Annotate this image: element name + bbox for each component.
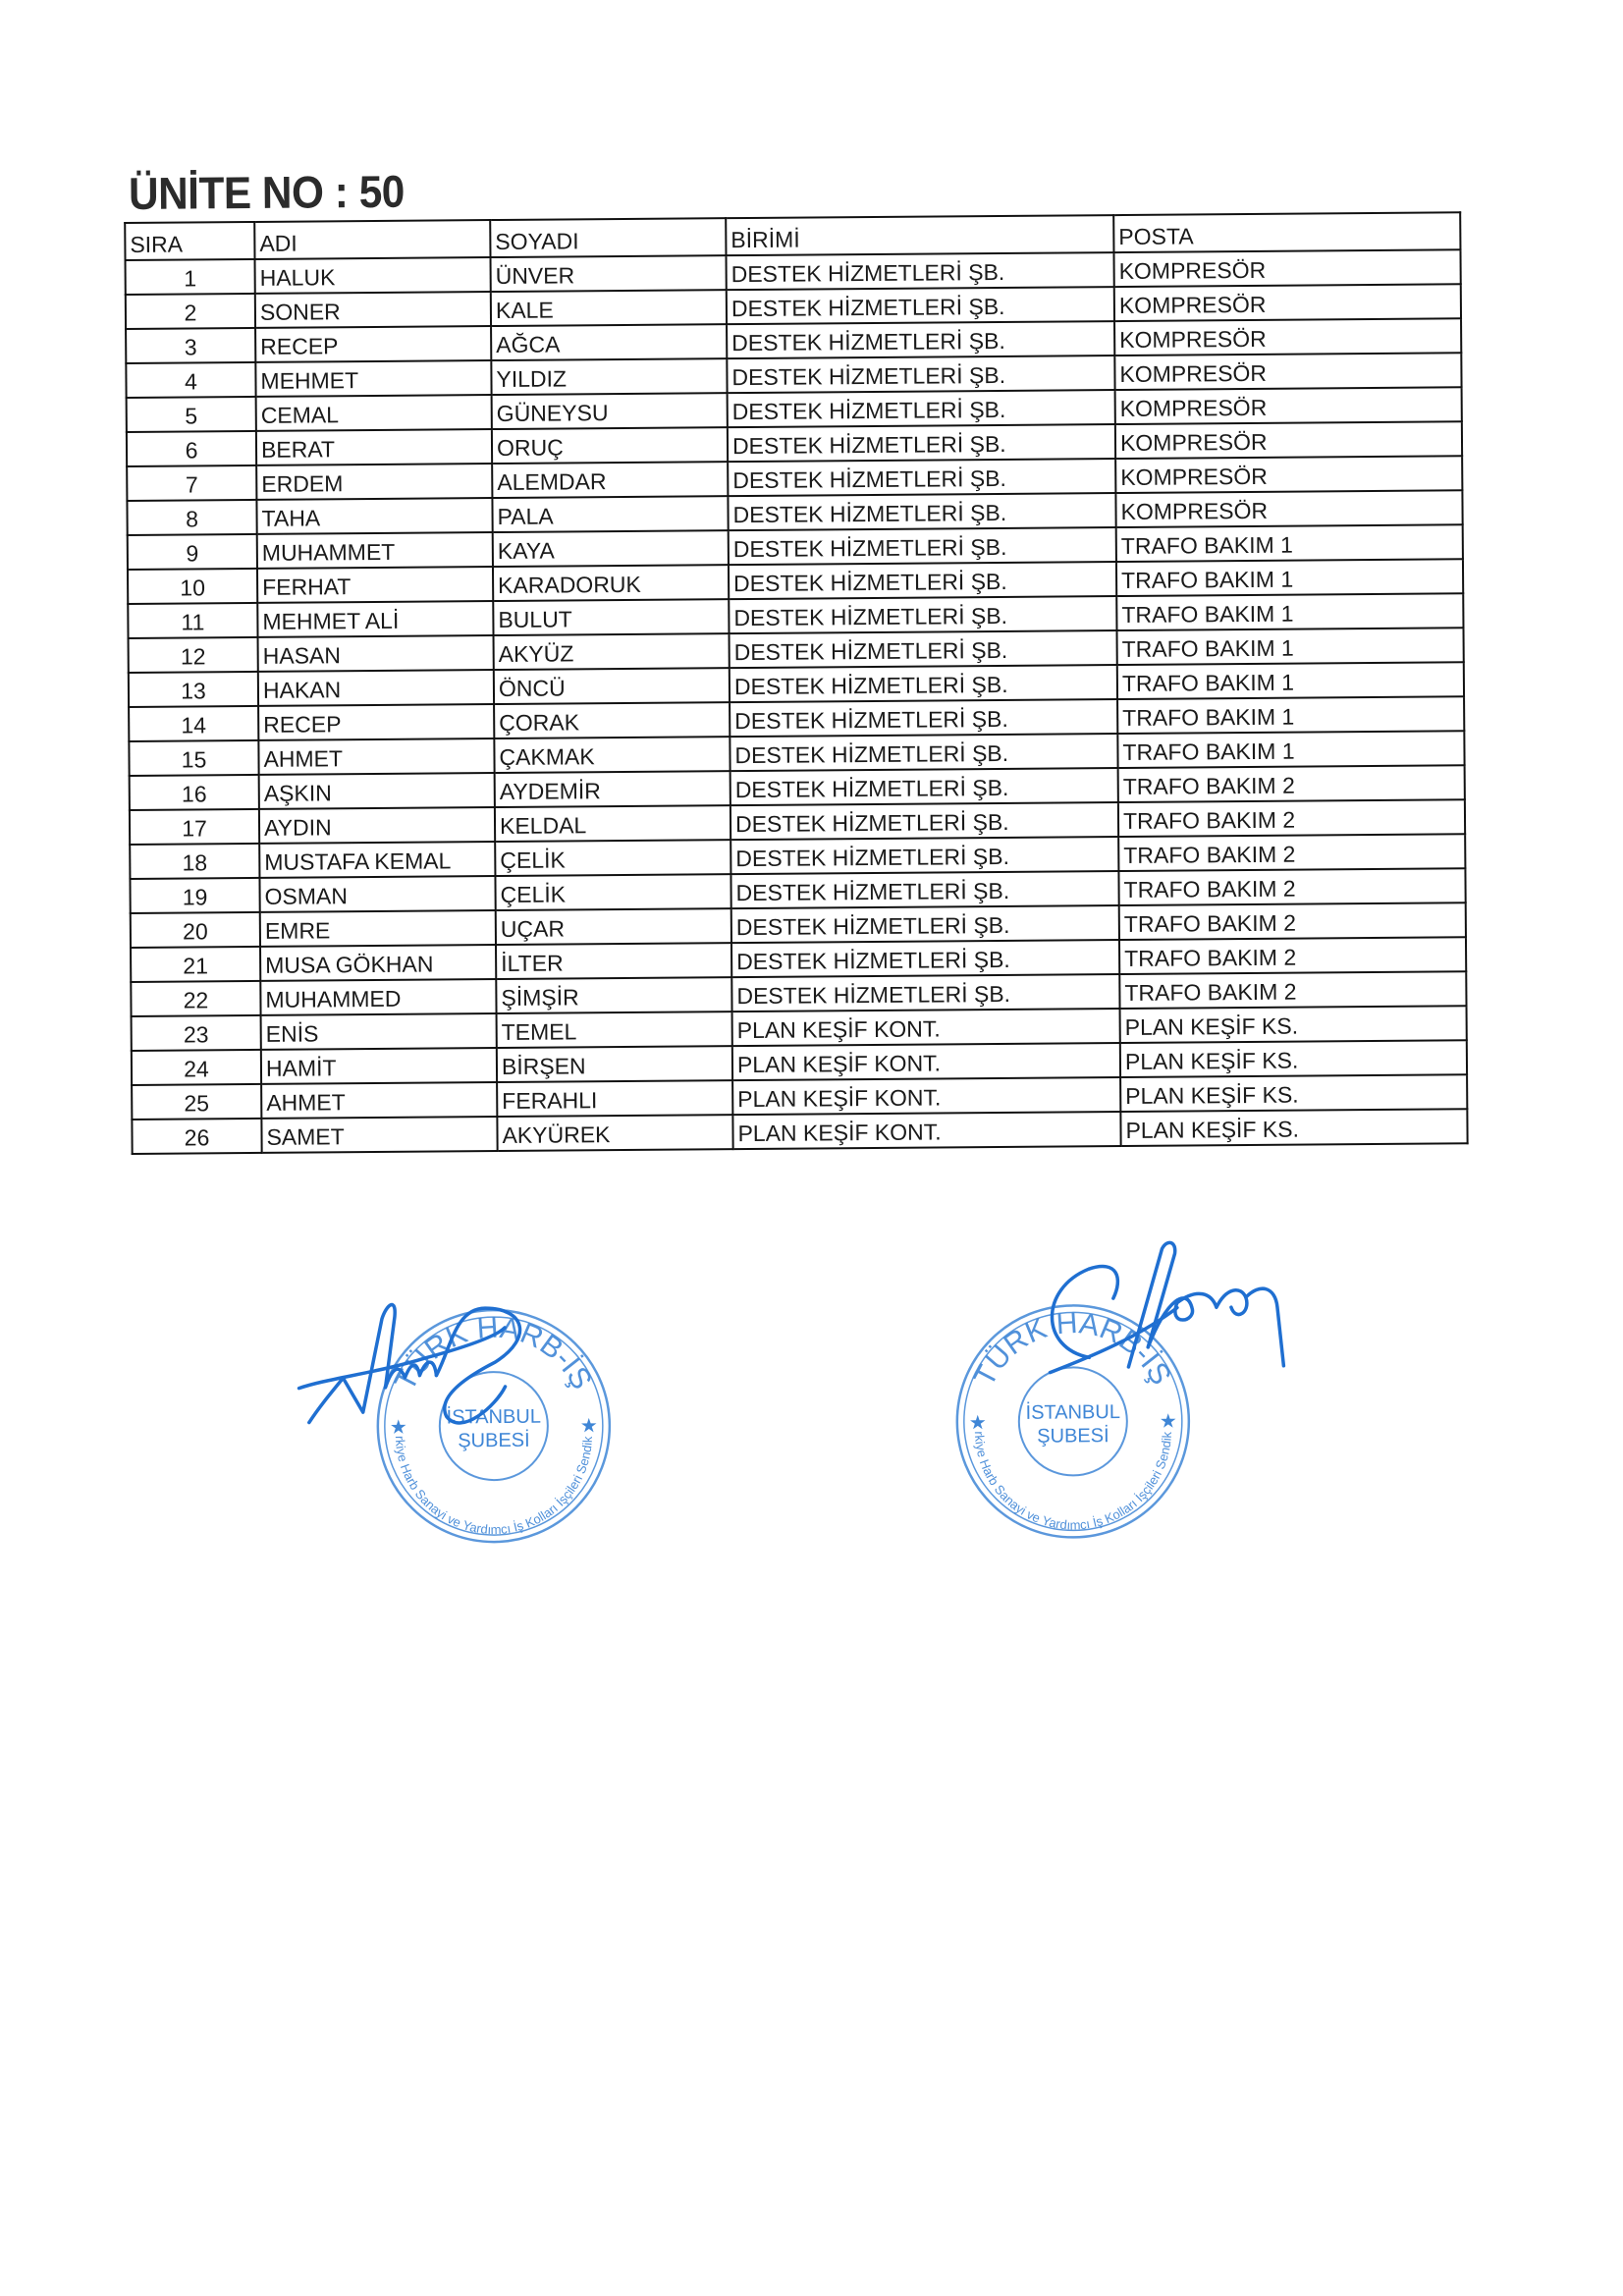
cell-last-name: İLTER (496, 943, 731, 979)
cell-department: DESTEK HİZMETLERİ ŞB. (730, 768, 1118, 805)
cell-row-number: 25 (132, 1084, 261, 1120)
cell-last-name: KARADORUK (493, 565, 729, 601)
cell-first-name: HASAN (258, 635, 494, 672)
cell-first-name: OSMAN (259, 876, 495, 912)
cell-last-name: BİRŞEN (497, 1046, 732, 1082)
cell-department: DESTEK HİZMETLERİ ŞB. (730, 699, 1117, 737)
cell-last-name: UÇAR (496, 908, 731, 945)
svg-text:★: ★ (580, 1415, 598, 1437)
cell-last-name: ÇELİK (495, 874, 730, 910)
svg-text:★: ★ (969, 1412, 987, 1434)
cell-last-name: ALEMDAR (492, 462, 728, 498)
cell-last-name: PALA (492, 496, 728, 532)
cell-first-name: AŞKIN (259, 773, 495, 809)
cell-department: DESTEK HİZMETLERİ ŞB. (731, 974, 1119, 1011)
cell-row-number: 1 (126, 259, 255, 295)
cell-first-name: MEHMET (255, 360, 491, 397)
cell-row-number: 22 (131, 981, 260, 1016)
cell-last-name: KAYA (493, 530, 729, 567)
cell-department: DESTEK HİZMETLERİ ŞB. (730, 802, 1118, 840)
cell-row-number: 16 (130, 775, 259, 810)
cell-last-name: KALE (491, 290, 727, 326)
cell-row-number: 26 (132, 1119, 261, 1154)
column-header-posta: POSTA (1113, 212, 1460, 252)
cell-post: KOMPRESÖR (1115, 387, 1462, 424)
cell-first-name: MEHMET ALİ (257, 601, 493, 637)
cell-last-name: FERAHLI (497, 1080, 732, 1117)
cell-department: DESTEK HİZMETLERİ ŞB. (729, 527, 1116, 565)
cell-department: DESTEK HİZMETLERİ ŞB. (730, 630, 1117, 668)
cell-row-number: 17 (130, 809, 259, 845)
cell-department: DESTEK HİZMETLERİ ŞB. (728, 390, 1115, 427)
cell-post: TRAFO BAKIM 2 (1118, 799, 1465, 837)
cell-post: KOMPRESÖR (1114, 318, 1461, 355)
cell-first-name: AHMET (258, 738, 494, 775)
cell-row-number: 3 (126, 328, 255, 363)
cell-first-name: SONER (255, 292, 491, 328)
cell-first-name: AYDIN (259, 807, 495, 844)
cell-post: TRAFO BAKIM 1 (1117, 628, 1464, 665)
cell-last-name: GÜNEYSU (492, 393, 728, 429)
cell-first-name: EMRE (260, 910, 496, 947)
cell-first-name: FERHAT (257, 567, 493, 603)
cell-post: TRAFO BAKIM 2 (1119, 971, 1466, 1009)
cell-last-name: TEMEL (497, 1011, 732, 1048)
cell-last-name: ÇAKMAK (494, 737, 730, 773)
cell-last-name: AKYÜZ (494, 633, 730, 670)
cell-first-name: MUSTAFA KEMAL (259, 842, 495, 878)
cell-post: TRAFO BAKIM 1 (1117, 696, 1464, 734)
cell-department: PLAN KEŞİF KONT. (732, 1112, 1120, 1149)
cell-last-name: YILDIZ (491, 358, 727, 395)
column-header-adi: ADI (254, 220, 490, 259)
cell-first-name: MUSA GÖKHAN (260, 945, 496, 981)
cell-last-name: ŞİMŞİR (496, 977, 731, 1013)
cell-department: DESTEK HİZMETLERİ ŞB. (727, 321, 1114, 358)
cell-first-name: CEMAL (256, 395, 492, 431)
cell-first-name: RECEP (255, 326, 491, 362)
column-header-sira: SIRA (125, 222, 254, 260)
cell-row-number: 9 (128, 534, 257, 570)
cell-row-number: 13 (129, 672, 258, 707)
cell-post: PLAN KEŞİF KS. (1120, 1006, 1467, 1043)
cell-first-name: HAMİT (261, 1048, 497, 1084)
signature-right (1029, 1229, 1305, 1407)
cell-last-name: AĞCA (491, 324, 727, 360)
cell-post: TRAFO BAKIM 1 (1116, 524, 1463, 562)
cell-first-name: MUHAMMED (260, 979, 496, 1015)
cell-row-number: 11 (128, 603, 257, 638)
cell-department: PLAN KEŞİF KONT. (732, 1077, 1120, 1115)
cell-first-name: RECEP (258, 704, 494, 740)
cell-first-name: SAMET (261, 1117, 497, 1153)
cell-row-number: 8 (127, 500, 256, 535)
cell-department: DESTEK HİZMETLERİ ŞB. (729, 596, 1116, 633)
cell-post: KOMPRESÖR (1114, 284, 1461, 321)
cell-row-number: 2 (126, 294, 255, 329)
cell-row-number: 4 (126, 362, 255, 398)
cell-department: DESTEK HİZMETLERİ ŞB. (727, 287, 1114, 324)
cell-post: KOMPRESÖR (1115, 490, 1462, 527)
cell-department: DESTEK HİZMETLERİ ŞB. (728, 424, 1115, 462)
cell-row-number: 23 (132, 1015, 261, 1051)
table-body: 1HALUKÜNVERDESTEK HİZMETLERİ ŞB.KOMPRESÖ… (126, 249, 1468, 1154)
cell-post: PLAN KEŞİF KS. (1120, 1109, 1467, 1146)
cell-last-name: AKYÜREK (497, 1115, 732, 1151)
cell-row-number: 15 (129, 740, 258, 776)
cell-row-number: 19 (130, 878, 259, 913)
cell-post: TRAFO BAKIM 2 (1118, 765, 1465, 802)
stamp-center-line2: ŞUBESİ (1037, 1424, 1109, 1448)
cell-post: TRAFO BAKIM 1 (1116, 559, 1463, 596)
svg-text:★: ★ (1160, 1411, 1177, 1433)
cell-last-name: ÜNVER (490, 255, 726, 292)
cell-department: DESTEK HİZMETLERİ ŞB. (729, 562, 1116, 599)
cell-post: TRAFO BAKIM 1 (1117, 662, 1464, 699)
cell-post: KOMPRESÖR (1115, 456, 1462, 493)
cell-department: DESTEK HİZMETLERİ ŞB. (728, 459, 1115, 496)
cell-last-name: KELDAL (495, 805, 730, 842)
cell-first-name: TAHA (256, 498, 492, 534)
cell-post: KOMPRESÖR (1114, 353, 1461, 390)
cell-department: PLAN KEŞİF KONT. (732, 1009, 1120, 1046)
cell-row-number: 20 (131, 912, 260, 948)
cell-department: DESTEK HİZMETLERİ ŞB. (726, 252, 1113, 290)
cell-department: DESTEK HİZMETLERİ ŞB. (730, 837, 1118, 874)
cell-post: PLAN KEŞİF KS. (1120, 1074, 1467, 1112)
cell-row-number: 7 (127, 465, 256, 501)
cell-department: DESTEK HİZMETLERİ ŞB. (731, 905, 1119, 943)
cell-first-name: HAKAN (258, 670, 494, 706)
cell-post: KOMPRESÖR (1113, 249, 1460, 287)
cell-post: TRAFO BAKIM 2 (1119, 937, 1466, 974)
cell-department: DESTEK HİZMETLERİ ŞB. (730, 665, 1117, 702)
cell-post: KOMPRESÖR (1115, 421, 1462, 459)
cell-department: DESTEK HİZMETLERİ ŞB. (731, 940, 1119, 977)
cell-first-name: MUHAMMET (257, 532, 493, 569)
cell-department: PLAN KEŞİF KONT. (732, 1043, 1120, 1080)
cell-first-name: HALUK (255, 257, 491, 294)
cell-last-name: ORUÇ (492, 427, 728, 464)
signature-left (289, 1279, 545, 1448)
cell-last-name: ÖNCÜ (494, 668, 730, 704)
column-header-birimi: BİRİMİ (726, 215, 1113, 255)
cell-first-name: ERDEM (256, 464, 492, 500)
cell-last-name: AYDEMİR (495, 771, 730, 807)
cell-post: TRAFO BAKIM 1 (1117, 731, 1464, 768)
cell-department: DESTEK HİZMETLERİ ŞB. (730, 734, 1117, 771)
column-header-soyadi: SOYADI (490, 218, 726, 257)
cell-last-name: BULUT (493, 599, 729, 635)
cell-last-name: ÇELİK (495, 840, 730, 876)
cell-row-number: 24 (132, 1050, 261, 1085)
cell-last-name: ÇORAK (494, 702, 730, 738)
cell-post: TRAFO BAKIM 2 (1118, 834, 1465, 871)
page-title: ÜNİTE NO : 50 (129, 165, 405, 220)
cell-row-number: 5 (127, 397, 256, 432)
cell-post: TRAFO BAKIM 1 (1116, 593, 1463, 630)
cell-row-number: 21 (131, 947, 260, 982)
cell-first-name: ENİS (261, 1013, 497, 1050)
roster-table: SIRA ADI SOYADI BİRİMİ POSTA 1HALUKÜNVER… (124, 211, 1468, 1155)
cell-department: DESTEK HİZMETLERİ ŞB. (727, 355, 1114, 393)
cell-row-number: 10 (128, 569, 257, 604)
cell-row-number: 12 (129, 637, 258, 673)
cell-row-number: 14 (129, 706, 258, 741)
cell-row-number: 18 (130, 844, 259, 879)
cell-row-number: 6 (127, 431, 256, 466)
cell-department: DESTEK HİZMETLERİ ŞB. (728, 493, 1115, 530)
cell-first-name: AHMET (261, 1082, 497, 1119)
cell-department: DESTEK HİZMETLERİ ŞB. (730, 871, 1118, 908)
document-page: ÜNİTE NO : 50 SIRA ADI SOYADI BİRİMİ POS… (0, 0, 1623, 2296)
cell-post: TRAFO BAKIM 2 (1119, 902, 1466, 940)
cell-first-name: BERAT (256, 429, 492, 465)
cell-post: PLAN KEŞİF KS. (1120, 1040, 1467, 1077)
cell-post: TRAFO BAKIM 2 (1118, 868, 1465, 905)
